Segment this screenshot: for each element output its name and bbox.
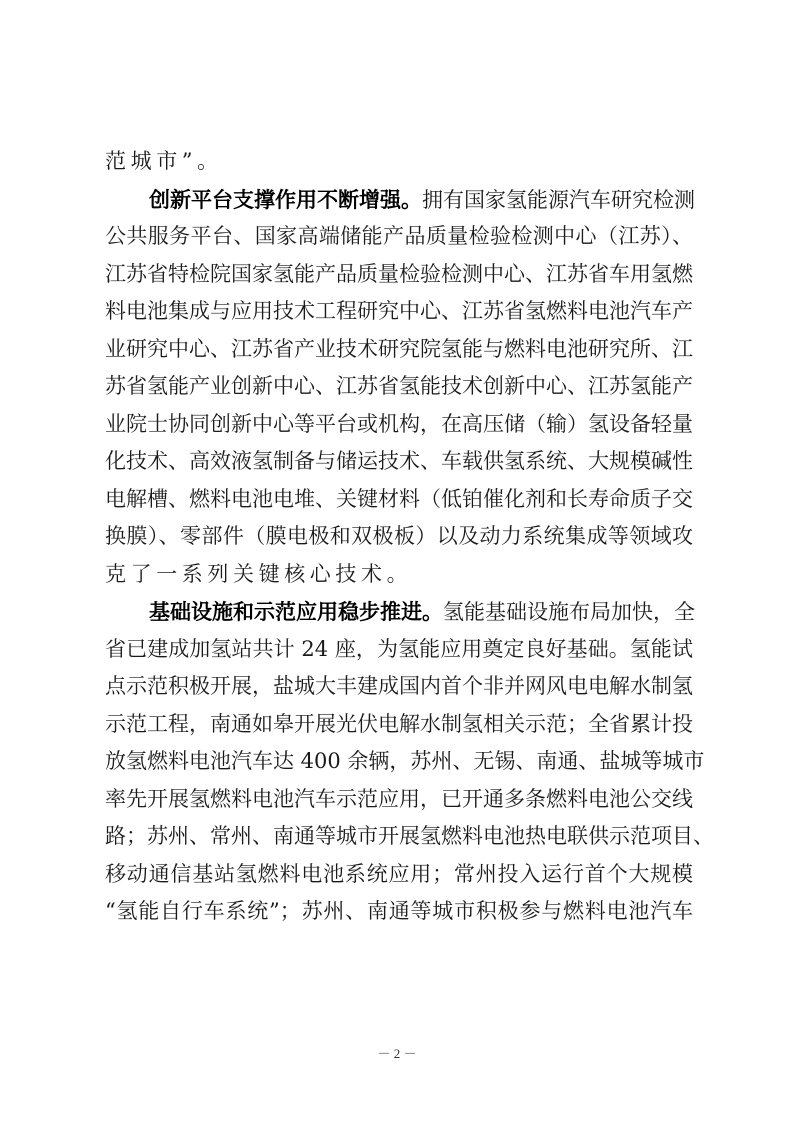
text-line: 化技术、高效液氢制备与储运技术、车载供氢系统、大规模碱性	[105, 443, 693, 481]
text-line: 放氢燃料电池汽车达 400 余辆，苏州、无锡、南通、盐城等城市	[105, 743, 693, 781]
paragraph-first-line: 创新平台支撑作用不断增强。拥有国家氢能源汽车研究检测	[105, 181, 693, 219]
text-line: 克了一系列关键核心技术。	[105, 556, 693, 594]
text-line: 公共服务平台、国家高端储能产品质量检验检测中心（江苏）、	[105, 218, 693, 256]
text-line: 江苏省特检院国家氢能产品质量检验检测中心、江苏省车用氢燃	[105, 256, 693, 294]
text-line: 范城市”。	[105, 143, 693, 181]
text-line: 料电池集成与应用技术工程研究中心、江苏省氢燃料电池汽车产	[105, 293, 693, 331]
text-line: 示范工程，南通如皋开展光伏电解水制氢相关示范；全省累计投	[105, 706, 693, 744]
text-span: 拥有国家氢能源汽车研究检测	[422, 188, 695, 212]
text-line: 路；苏州、常州、南通等城市开展氢燃料电池热电联供示范项目、	[105, 818, 693, 856]
text-line: 业院士协同创新中心等平台或机构，在高压储（输）氢设备轻量	[105, 406, 693, 444]
paragraph-first-line: 基础设施和示范应用稳步推进。氢能基础设施布局加快，全	[105, 593, 693, 631]
text-line: “氢能自行车系统”；苏州、南通等城市积极参与燃料电池汽车	[105, 893, 693, 931]
text-line: 省已建成加氢站共计 24 座，为氢能应用奠定良好基础。氢能试	[105, 631, 693, 669]
document-page: 范城市”。 创新平台支撑作用不断增强。拥有国家氢能源汽车研究检测 公共服务平台、…	[0, 0, 794, 1123]
text-line: 电解槽、燃料电池电堆、关键材料（低铂催化剂和长寿命质子交	[105, 481, 693, 519]
text-line: 业研究中心、江苏省产业技术研究院氢能与燃料电池研究所、江	[105, 331, 693, 369]
text-span: 氢能基础设施布局加快，全	[443, 600, 695, 624]
text-line: 率先开展氢燃料电池汽车示范应用，已开通多条燃料电池公交线	[105, 781, 693, 819]
paragraph-heading: 创新平台支撑作用不断增强。	[149, 187, 422, 212]
text-line: 苏省氢能产业创新中心、江苏省氢能技术创新中心、江苏氢能产	[105, 368, 693, 406]
paragraph-heading: 基础设施和示范应用稳步推进。	[149, 599, 443, 624]
page-number: － 2 －	[0, 1043, 794, 1062]
text-line: 移动通信基站氢燃料电池系统应用；常州投入运行首个大规模	[105, 856, 693, 894]
text-line: 换膜）、零部件（膜电极和双极板）以及动力系统集成等领域攻	[105, 518, 693, 556]
document-body: 范城市”。 创新平台支撑作用不断增强。拥有国家氢能源汽车研究检测 公共服务平台、…	[105, 143, 693, 931]
text-line: 点示范积极开展，盐城大丰建成国内首个非并网风电电解水制氢	[105, 668, 693, 706]
